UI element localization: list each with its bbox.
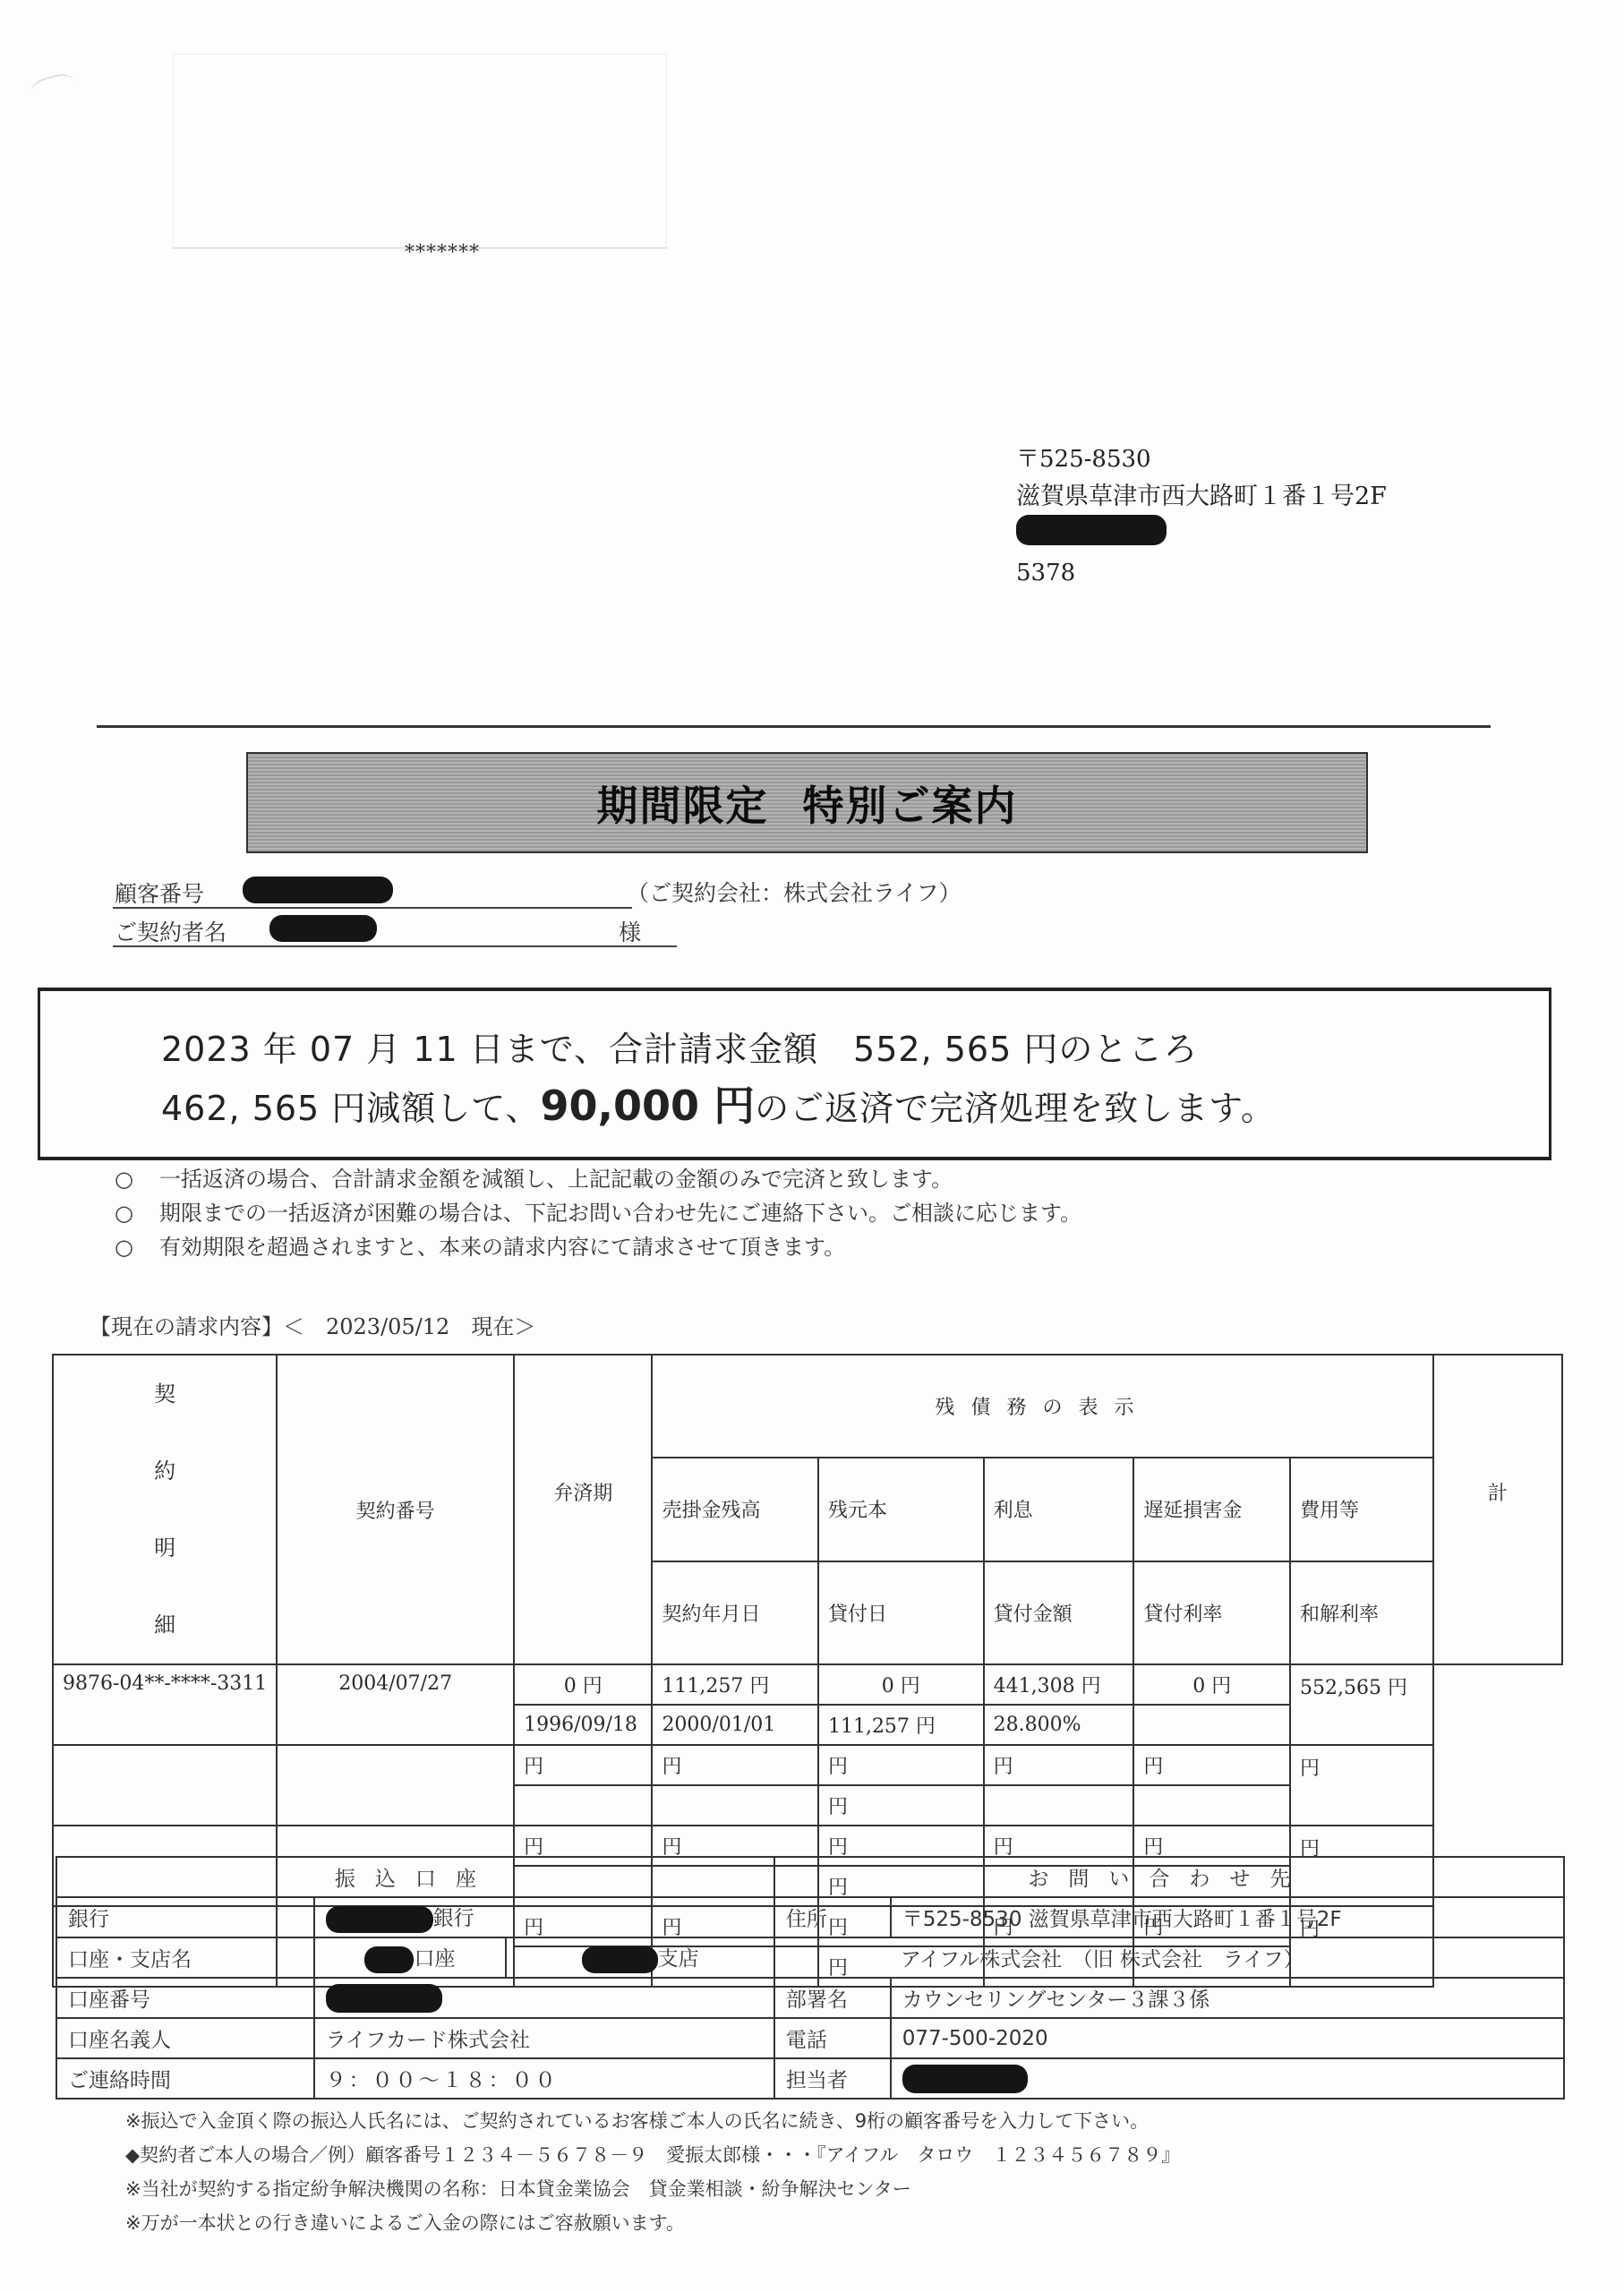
table-row: ご連絡時間 ９：００～１８：００ 担当者	[56, 2058, 1564, 2099]
due-cell	[277, 1745, 514, 1826]
contract-no-cell	[53, 1745, 277, 1826]
transfer-account-header: 振込口座	[56, 1857, 774, 1897]
amount-cell: 円	[1133, 1745, 1290, 1785]
redaction-mark	[902, 2065, 1028, 2093]
detail-cell: 28.800%	[984, 1705, 1134, 1745]
table-row: 口座・支店名 口座 支店 アイフル株式会社 （旧 株式会社 ライフ）	[56, 1937, 1564, 1978]
payoff-amount: 90,000 円	[541, 1082, 756, 1130]
table-row: 銀行 銀行 住所 〒525-8530 滋賀県草津市西大路町１番１号2F	[56, 1897, 1564, 1937]
amount-cell: 円	[984, 1745, 1134, 1785]
circle-bullet-icon: ○	[115, 1162, 159, 1196]
table-row: 振込口座 お問い合わせ先	[56, 1857, 1564, 1897]
footnote: ◆契約者ご本人の場合／例）顧客番号１２３４－５６７８－９ 愛振太郎様・・・『アイ…	[125, 2138, 1180, 2172]
customer-number-label: 顧客番号	[115, 877, 204, 909]
header-due: 弁済期	[514, 1355, 652, 1664]
table-row: 口座番号 部署名 カウンセリングセンター３課３係	[56, 1978, 1564, 2018]
footnotes: ※振込で入金頂く際の振込人氏名には、ご契約されているお客様ご本人の氏名に続き、9…	[125, 2104, 1180, 2240]
account-number-label: 口座番号	[56, 1978, 314, 2018]
side-label-char: 明	[54, 1509, 276, 1586]
header-contract-no: 契約番号	[277, 1355, 514, 1664]
bank-label: 銀行	[56, 1897, 314, 1937]
contractor-name-label: ご契約者名	[115, 915, 227, 947]
person-label: 担当者	[774, 2058, 891, 2099]
masked-number: *******	[405, 242, 480, 264]
header-cell: 和解利率	[1290, 1561, 1433, 1664]
total-cell: 552,565 円	[1290, 1664, 1433, 1745]
account-type-value: 口座	[314, 1937, 507, 1978]
envelope-window	[173, 54, 667, 249]
detail-cell	[1133, 1785, 1290, 1826]
amount-cell: 441,308 円	[984, 1664, 1134, 1705]
header-cell: 貸付日	[818, 1561, 984, 1664]
detail-cell	[984, 1785, 1134, 1826]
side-label-char: 約	[54, 1432, 276, 1509]
settlement-offer-box: 2023 年 07 月 11 日まで、合計請求金額 552, 565 円のところ…	[38, 988, 1551, 1160]
amount-cell: 0 円	[1133, 1664, 1290, 1705]
condition-text: 期限までの一括返済が困難の場合は、下記お問い合わせ先にご連絡下さい。ご相談に応じ…	[159, 1201, 1081, 1226]
account-number-value	[314, 1978, 774, 2018]
total-cell: 円	[1290, 1745, 1433, 1826]
bank-value: 銀行	[314, 1897, 774, 1937]
header-row: 契 約 明 細 契約番号 弁済期 残債務の表示 計	[53, 1355, 1562, 1458]
dept-value: カウンセリングセンター３課３係	[891, 1978, 1564, 2018]
hours-value: ９：００～１８：００	[314, 2058, 774, 2099]
redaction-mark	[326, 1906, 433, 1933]
amount-cell: 0 円	[818, 1664, 984, 1705]
offer-line-1: 2023 年 07 月 11 日まで、合計請求金額 552, 565 円のところ	[161, 1022, 1198, 1071]
condition-text: 有効期限を超過されますと、本来の請求内容にて請求させて頂きます。	[159, 1235, 845, 1260]
branch-suffix: 支店	[658, 1947, 699, 1971]
sender-address: 滋賀県草津市西大路町１番１号2F	[1016, 476, 1387, 511]
amount-cell: 0 円	[514, 1664, 652, 1705]
circle-bullet-icon: ○	[115, 1230, 159, 1264]
side-label: 契 約 明 細	[53, 1355, 277, 1664]
header-total: 計	[1433, 1355, 1562, 1664]
side-label-char: 細	[54, 1586, 276, 1663]
amount-cell: 111,257 円	[652, 1664, 818, 1705]
person-value	[891, 2058, 1564, 2099]
detail-cell: 円	[818, 1785, 984, 1826]
footnote: ※振込で入金頂く際の振込人氏名には、ご契約されているお客様ご本人の氏名に続き、9…	[125, 2104, 1180, 2138]
dept-label: 部署名	[774, 1978, 891, 2018]
sender-postal-code: 〒525-8530	[1016, 440, 1151, 474]
contact-company: アイフル株式会社 （旧 株式会社 ライフ）	[774, 1937, 1564, 1978]
phone-value: 077-500-2020	[891, 2018, 1564, 2058]
contractor-name-line: ご契約者名 様	[113, 913, 677, 947]
condition-item: ○有効期限を超過されますと、本来の請求内容にて請求させて頂きます。	[115, 1230, 1081, 1264]
page-title: 期間限定 特別ご案内	[596, 774, 1017, 833]
detail-cell	[652, 1785, 818, 1826]
branch-label: 口座・支店名	[56, 1937, 314, 1978]
redaction-mark	[582, 1946, 658, 1973]
holder-value: ライフカード株式会社	[314, 2018, 774, 2058]
header-cell: 貸付金額	[984, 1561, 1134, 1664]
circle-bullet-icon: ○	[115, 1196, 159, 1230]
table-row: 口座名義人 ライフカード株式会社 電話 077-500-2020	[56, 2018, 1564, 2058]
condition-item: ○期限までの一括返済が困難の場合は、下記お問い合わせ先にご連絡下さい。ご相談に応…	[115, 1196, 1081, 1230]
amount-cell: 円	[514, 1745, 652, 1785]
reduction-text: 462, 565 円減額して、	[161, 1089, 541, 1128]
sender-name-redacted	[1016, 515, 1167, 545]
holder-label: 口座名義人	[56, 2018, 314, 2058]
detail-cell: 1996/09/18	[514, 1705, 652, 1745]
footnote: ※当社が契約する指定紛争解決機関の名称：日本貸金業協会 貸金業相談・紛争解決セン…	[125, 2172, 1180, 2206]
redaction-mark	[326, 1984, 442, 2013]
header-cell: 契約年月日	[652, 1561, 818, 1664]
account-type-suffix: 口座	[414, 1947, 455, 1971]
header-cell: 残元本	[818, 1458, 984, 1561]
account-contact-table: 振込口座 お問い合わせ先 銀行 銀行 住所 〒525-8530 滋賀県草津市西大…	[56, 1856, 1565, 2100]
contract-no-cell: 9876-04**-****-3311	[53, 1664, 277, 1745]
contract-company-note: （ご契約会社：株式会社ライフ）	[627, 876, 962, 908]
divider	[97, 725, 1491, 728]
header-cell: 利息	[984, 1458, 1134, 1561]
conditions-list: ○一括返済の場合、合計請求金額を減額し、上記記載の金額のみで完済と致します。 ○…	[115, 1162, 1081, 1264]
offer-line-2: 462, 565 円減額して、90,000 円のご返済で完済処理を致します。	[161, 1073, 1276, 1133]
billing-as-of-caption: 【現在の請求内容】＜ 2023/05/12 現在＞	[90, 1309, 535, 1340]
header-cell: 費用等	[1290, 1458, 1433, 1561]
title-banner: 期間限定 特別ご案内	[246, 752, 1368, 853]
redaction-mark	[364, 1946, 414, 1973]
phone-label: 電話	[774, 2018, 891, 2058]
redaction-mark	[1016, 515, 1167, 545]
address-value: 〒525-8530 滋賀県草津市西大路町１番１号2F	[891, 1897, 1564, 1937]
detail-cell: 2000/01/01	[652, 1705, 818, 1745]
header-cell: 貸付利率	[1133, 1561, 1290, 1664]
hours-label: ご連絡時間	[56, 2058, 314, 2099]
branch-value: 支店	[506, 1937, 774, 1978]
table-row: 9876-04**-****-33112004/07/270 円111,257 …	[53, 1664, 1562, 1705]
header-cell: 売掛金残高	[652, 1458, 818, 1561]
detail-cell	[1133, 1705, 1290, 1745]
condition-text: 一括返済の場合、合計請求金額を減額し、上記記載の金額のみで完済と致します。	[159, 1167, 953, 1192]
sender-code: 5378	[1016, 560, 1075, 586]
header-group: 残債務の表示	[652, 1355, 1432, 1458]
amount-cell: 円	[818, 1745, 984, 1785]
scan-smudge	[29, 71, 79, 108]
offer-line-2-tail: のご返済で完済処理を致します。	[755, 1089, 1276, 1128]
address-label: 住所	[774, 1897, 891, 1937]
contact-header: お問い合わせ先	[774, 1857, 1564, 1897]
customer-number-line: 顧客番号	[113, 875, 632, 909]
table-row: 円円円円円円	[53, 1745, 1562, 1785]
amount-cell: 円	[652, 1745, 818, 1785]
detail-cell	[514, 1785, 652, 1826]
condition-item: ○一括返済の場合、合計請求金額を減額し、上記記載の金額のみで完済と致します。	[115, 1162, 1081, 1196]
due-cell: 2004/07/27	[277, 1664, 514, 1745]
side-label-char: 契	[54, 1356, 276, 1432]
contractor-name-redacted	[269, 915, 377, 942]
header-cell: 遅延損害金	[1133, 1458, 1290, 1561]
honorific: 様	[619, 915, 641, 947]
bank-suffix: 銀行	[433, 1907, 474, 1930]
footnote: ※万が一本状との行き違いによるご入金の際にはご容赦願います。	[125, 2206, 1180, 2240]
customer-number-redacted	[243, 877, 393, 903]
detail-cell: 111,257 円	[818, 1705, 984, 1745]
